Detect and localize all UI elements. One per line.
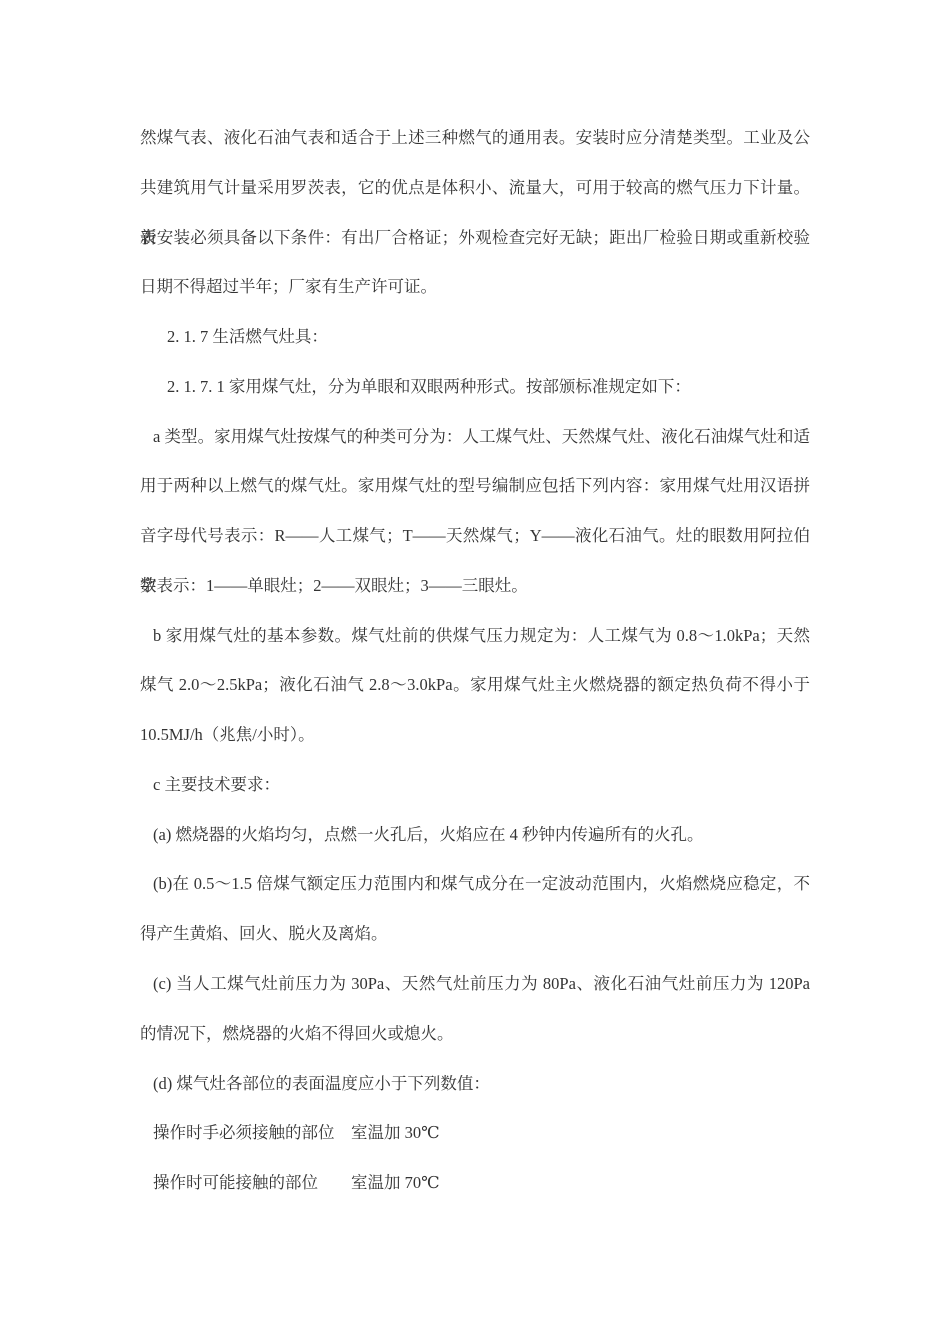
subitem-b-line: (b)在 0.5～1.5 倍煤气额定压力范围内和煤气成分在一定波动范围内，火焰燃…: [140, 859, 810, 909]
item-b-line: b 家用煤气灶的基本参数。煤气灶前的供煤气压力规定为：人工煤气为 0.8～1.0…: [140, 611, 810, 661]
document-text-block: 然煤气表、液化石油气表和适合于上述三种燃气的通用表。安装时应分清楚类型。工业及公…: [140, 113, 810, 1208]
item-b-line: 煤气 2.0～2.5kPa；液化石油气 2.8～3.0kPa。家用煤气灶主火燃烧…: [140, 660, 810, 710]
paragraph-line: 日期不得超过半年；厂家有生产许可证。: [140, 262, 810, 312]
subitem-c-line: (c) 当人工煤气灶前压力为 30Pa、天然气灶前压力为 80Pa、液化石油气灶…: [140, 959, 810, 1009]
heading-2-1-7: 2. 1. 7 生活燃气灶具：: [140, 312, 810, 362]
subitem-a-line: (a) 燃烧器的火焰均匀，点燃一火孔后，火焰应在 4 秒钟内传遍所有的火孔。: [140, 810, 810, 860]
item-b-line: 10.5MJ/h（兆焦/小时）。: [140, 710, 810, 760]
item-a-line: a 类型。家用煤气灶按煤气的种类可分为：人工煤气灶、天然煤气灶、液化石油煤气灶和…: [140, 412, 810, 462]
subitem-b-line: 得产生黄焰、回火、脱火及离焰。: [140, 909, 810, 959]
item-a-line: 音字母代号表示：R——人工煤气；T——天然煤气；Y——液化石油气。灶的眼数用阿拉…: [140, 511, 810, 561]
subitem-d-line: (d) 煤气灶各部位的表面温度应小于下列数值：: [140, 1059, 810, 1109]
temperature-spec-line: 操作时手必须接触的部位 室温加 30℃: [140, 1108, 810, 1158]
item-c-line: c 主要技术要求：: [140, 760, 810, 810]
subitem-c-line: 的情况下，燃烧器的火焰不得回火或熄火。: [140, 1009, 810, 1059]
paragraph-line: 共建筑用气计量采用罗茨表，它的优点是体积小、流量大，可用于较高的燃气压力下计量。…: [140, 163, 810, 213]
item-a-line: 用于两种以上燃气的煤气灶。家用煤气灶的型号编制应包括下列内容：家用煤气灶用汉语拼: [140, 461, 810, 511]
document-page: 然煤气表、液化石油气表和适合于上述三种燃气的通用表。安装时应分清楚类型。工业及公…: [0, 0, 950, 1344]
temperature-spec-line: 操作时可能接触的部位 室温加 70℃: [140, 1158, 810, 1208]
heading-2-1-7-1: 2. 1. 7. 1 家用煤气灶，分为单眼和双眼两种形式。按部颁标准规定如下：: [140, 362, 810, 412]
paragraph-line: 表安装必须具备以下条件：有出厂合格证；外观检查完好无缺；距出厂检验日期或重新校验: [140, 213, 810, 263]
paragraph-line: 然煤气表、液化石油气表和适合于上述三种燃气的通用表。安装时应分清楚类型。工业及公: [140, 113, 810, 163]
item-a-line: 字表示：1——单眼灶；2——双眼灶；3——三眼灶。: [140, 561, 810, 611]
